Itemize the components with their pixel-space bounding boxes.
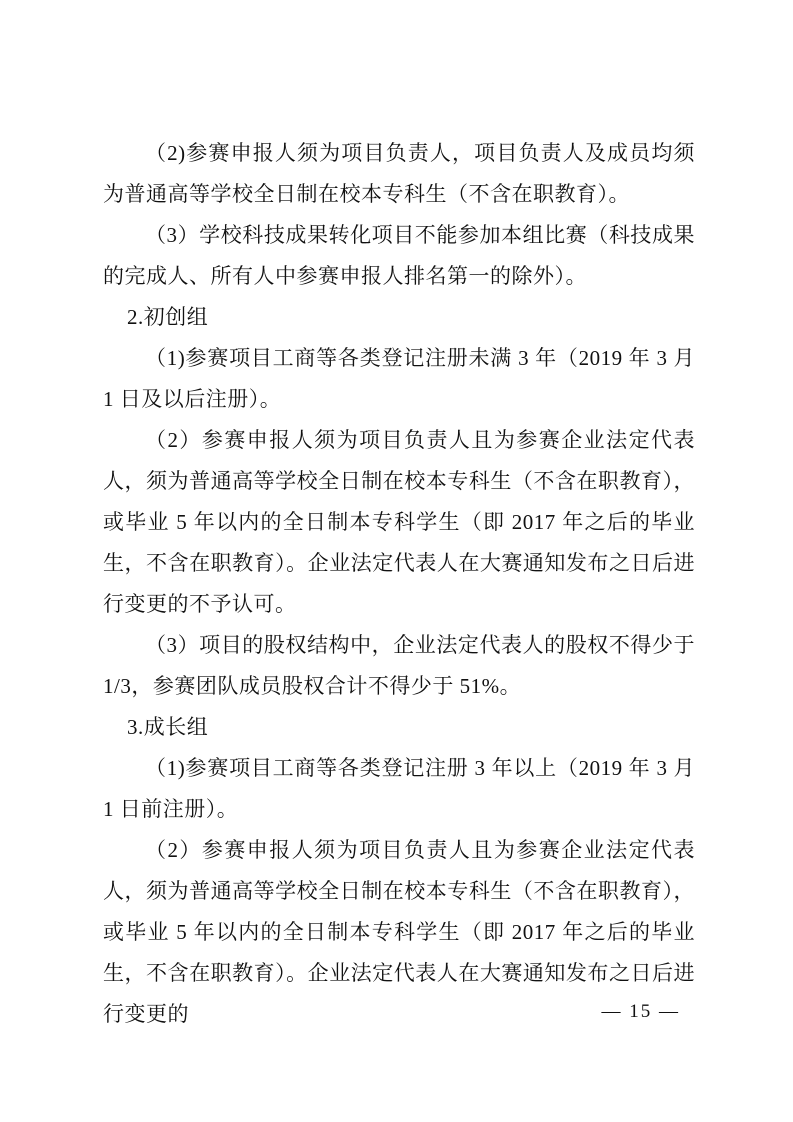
body-paragraph: （2)参赛申报人须为项目负责人，项目负责人及成员均须为普通高等学校全日制在校本专… <box>103 133 695 215</box>
document-page: { "document": { "page_background": "#fff… <box>0 0 793 1122</box>
body-paragraph: （1)参赛项目工商等各类登记注册 3 年以上（2019 年 3 月 1 日前注册… <box>103 748 695 830</box>
page: （2)参赛申报人须为项目负责人，项目负责人及成员均须为普通高等学校全日制在校本专… <box>0 0 793 1122</box>
body-paragraph: （3）学校科技成果转化项目不能参加本组比赛（科技成果的完成人、所有人中参赛申报人… <box>103 215 695 297</box>
body-paragraph: （2）参赛申报人须为项目负责人且为参赛企业法定代表人，须为普通高等学校全日制在校… <box>103 420 695 625</box>
page-number: — 15 — <box>602 997 681 1027</box>
section-heading-chuchuang: 2.初创组 <box>103 297 695 338</box>
section-heading-chengzhang: 3.成长组 <box>103 707 695 748</box>
body-paragraph: （3）项目的股权结构中，企业法定代表人的股权不得少于 1/3，参赛团队成员股权合… <box>103 625 695 707</box>
page-body-text: （2)参赛申报人须为项目负责人，项目负责人及成员均须为普通高等学校全日制在校本专… <box>103 133 695 1035</box>
body-paragraph: （1)参赛项目工商等各类登记注册未满 3 年（2019 年 3 月 1 日及以后… <box>103 338 695 420</box>
